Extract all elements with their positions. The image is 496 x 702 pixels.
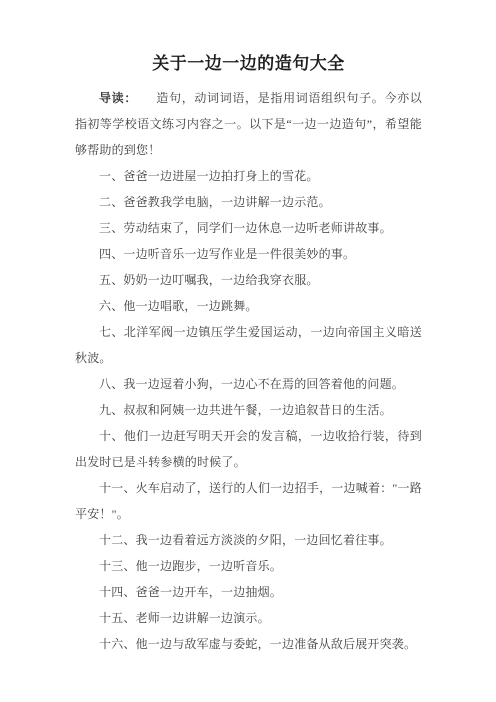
sentence-item: 十、他们一边赶写明天开会的发言稿，一边收拾行装，待到出发时已是斗转参横的时候了。 [75,423,422,475]
sentence-item: 三、劳动结束了，同学们一边休息一边听老师讲故事。 [75,215,422,241]
sentence-item: 六、他一边唱歌，一边跳舞。 [75,293,422,319]
sentence-item: 二、爸爸教我学电脑，一边讲解一边示范。 [75,189,422,215]
intro-label: 导读： [99,91,131,105]
intro-paragraph: 导读： 造句，动词词语，是指用词语组织句子。今亦以指初等学校语文练习内容之一。以… [75,85,422,163]
sentence-item: 十四、爸爸一边开车，一边抽烟。 [75,579,422,605]
sentence-item: 十三、他一边跑步，一边听音乐。 [75,553,422,579]
sentence-item: 七、北洋军阀一边镇压学生爱国运动，一边向帝国主义暗送秋波。 [75,319,422,371]
document-page: 关于一边一边的造句大全 导读： 造句，动词词语，是指用词语组织句子。今亦以指初等… [0,0,496,702]
sentence-item: 一、爸爸一边进屋一边拍打身上的雪花。 [75,163,422,189]
sentence-item: 九、叔叔和阿姨一边共进午餐，一边追叙昔日的生活。 [75,397,422,423]
sentence-item: 四、一边听音乐一边写作业是一件很美妙的事。 [75,241,422,267]
sentence-item: 八、我一边逗着小狗，一边心不在焉的回答着他的问题。 [75,371,422,397]
sentence-item: 十一、火车启动了，送行的人们一边招手，一边喊着："一路平安！"。 [75,475,422,527]
sentence-item: 五、奶奶一边叮嘱我，一边给我穿衣服。 [75,267,422,293]
sentence-item: 十六、他一边与敌军虚与委蛇，一边准备从敌后展开突袭。 [75,631,422,657]
page-title: 关于一边一边的造句大全 [75,53,422,75]
sentence-item: 十二、我一边看着远方淡淡的夕阳，一边回忆着往事。 [75,527,422,553]
sentence-item: 十五、老师一边讲解一边演示。 [75,605,422,631]
